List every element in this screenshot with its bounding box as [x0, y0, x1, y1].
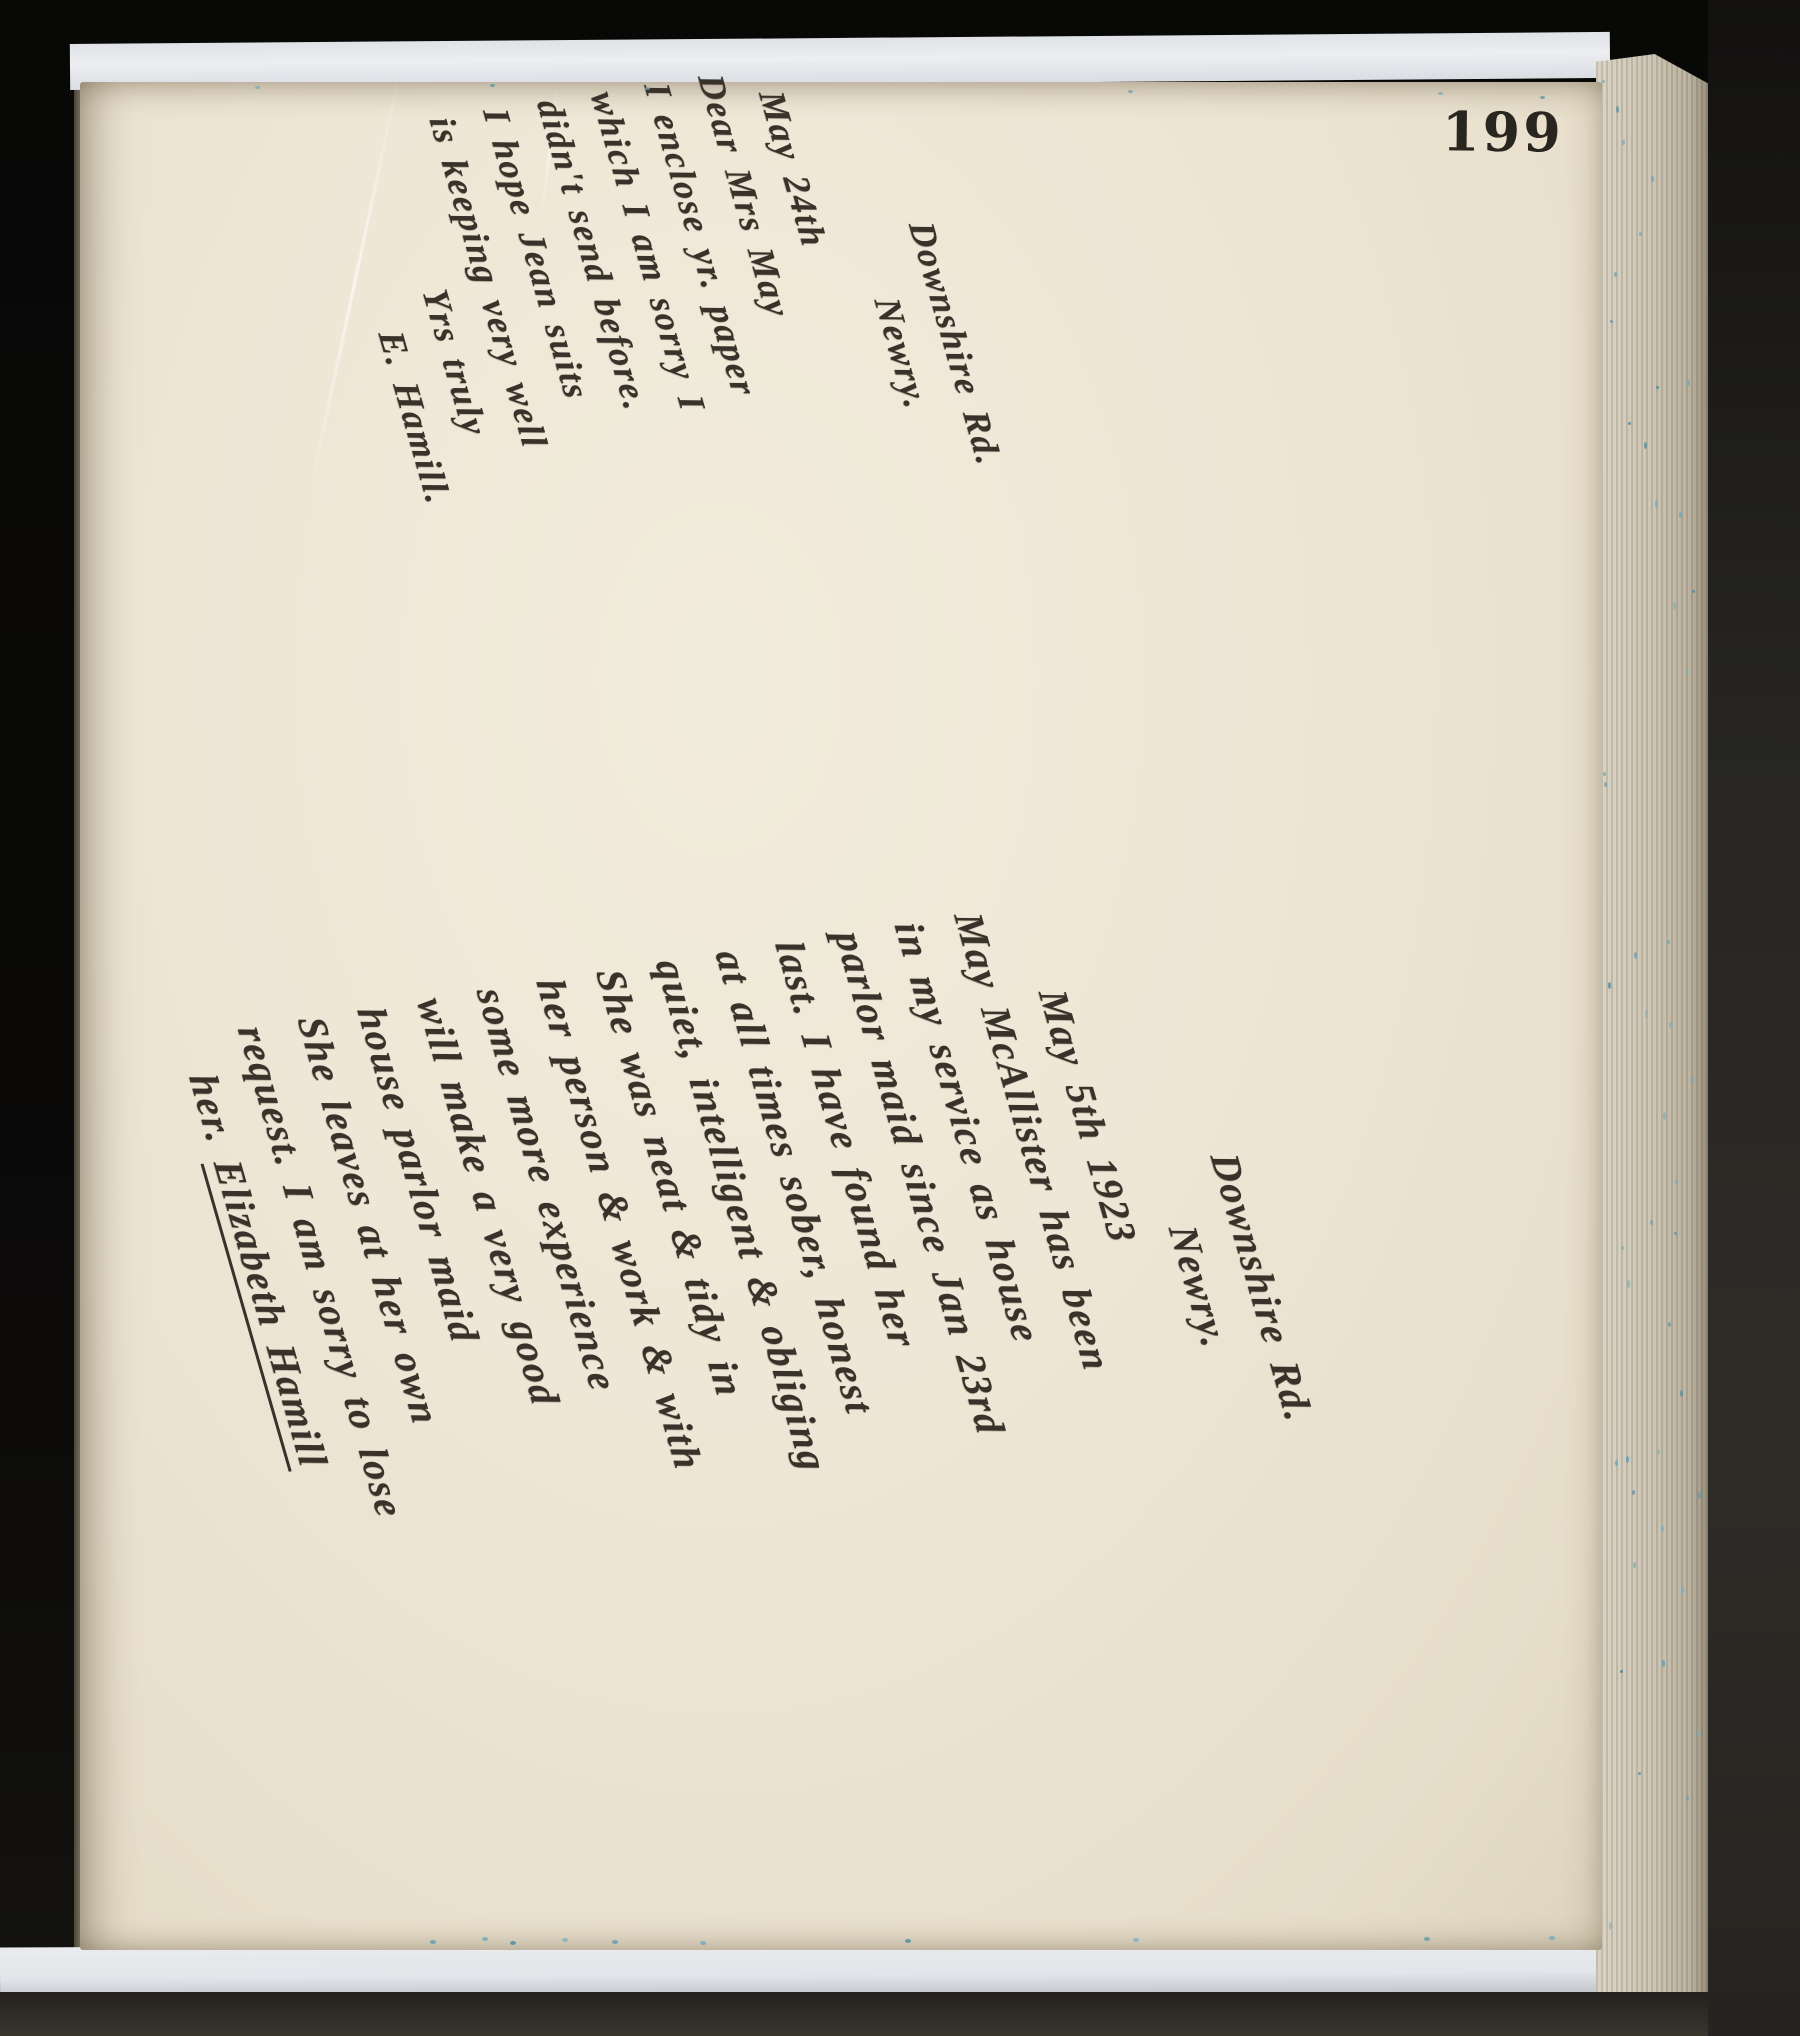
blue-edge-speck	[255, 86, 260, 89]
blue-edge-speck	[1626, 1456, 1629, 1463]
blue-edge-speck	[612, 1940, 618, 1944]
blue-edge-speck	[1628, 422, 1631, 425]
page-number: 199	[1442, 99, 1583, 164]
blue-edge-speck	[1644, 442, 1647, 449]
book-photograph: 199 Downshire Rd. Newry. May 24th Dear M…	[0, 0, 1800, 2036]
blue-edge-speck	[1639, 232, 1642, 236]
blue-edge-speck	[1679, 512, 1682, 518]
blue-edge-speck	[562, 1938, 568, 1942]
blue-edge-speck	[1633, 1562, 1636, 1568]
blue-edge-speck	[1128, 90, 1133, 93]
blue-edge-speck	[1662, 1660, 1665, 1667]
blue-edge-speck	[1133, 1938, 1139, 1942]
blue-edge-speck	[1675, 1180, 1678, 1184]
blue-edge-speck	[1667, 940, 1670, 944]
blue-edge-speck	[645, 87, 650, 90]
blue-edge-speck	[1638, 1772, 1641, 1775]
blue-edge-speck	[1602, 80, 1605, 83]
blue-edge-speck	[1634, 952, 1637, 959]
blue-edge-speck	[1686, 1796, 1689, 1801]
blue-edge-speck	[1604, 782, 1607, 787]
blue-edge-speck	[1632, 1490, 1635, 1495]
blue-edge-speck	[1603, 772, 1606, 776]
blue-edge-speck	[1669, 1022, 1672, 1028]
blue-edge-speck	[1614, 272, 1617, 277]
blue-edge-speck	[1615, 1460, 1618, 1466]
blue-edge-speck	[1621, 1246, 1624, 1250]
blue-edge-speck	[1692, 590, 1695, 593]
blue-edge-speck	[1622, 140, 1625, 145]
blue-edge-speck	[1549, 1936, 1555, 1940]
blue-edge-speck	[1620, 1670, 1623, 1673]
blue-edge-speck	[1608, 982, 1611, 989]
blue-edge-speck	[1610, 320, 1613, 323]
blue-edge-speck	[905, 1939, 911, 1943]
blue-edge-speck	[1663, 1112, 1666, 1120]
fore-edge-speckled	[1596, 54, 1718, 1992]
blue-edge-speck	[430, 1940, 436, 1944]
blue-edge-speck	[1668, 1322, 1671, 1327]
blue-edge-speck	[1656, 386, 1659, 389]
blue-edge-speck	[1651, 176, 1654, 182]
blue-edge-speck	[1655, 500, 1658, 508]
blue-edge-speck	[1609, 1922, 1612, 1930]
blue-edge-speck	[1697, 1730, 1700, 1736]
blue-edge-speck	[1657, 1450, 1660, 1454]
blue-edge-speck	[1424, 1937, 1430, 1941]
blue-edge-speck	[1616, 106, 1619, 113]
blue-edge-speck	[1627, 1280, 1630, 1288]
blue-edge-speck	[1698, 1492, 1701, 1499]
blue-edge-speck	[700, 1941, 706, 1945]
blue-edge-speck	[1687, 380, 1690, 386]
blue-edge-speck	[1685, 670, 1688, 674]
background-bottom	[0, 1992, 1800, 2036]
blue-edge-speck	[1540, 96, 1545, 99]
blue-edge-speck	[510, 1941, 516, 1945]
blue-edge-speck	[1691, 1076, 1694, 1084]
blue-edge-speck	[1673, 602, 1676, 610]
blue-edge-speck	[1661, 1526, 1664, 1532]
blue-edge-speck	[1674, 1232, 1677, 1235]
blue-edge-speck	[1438, 92, 1443, 95]
facing-page-edge	[0, 52, 78, 1996]
blue-edge-speck	[1680, 1390, 1683, 1397]
blue-edge-speck	[482, 1937, 488, 1941]
book-cover-right	[1708, 0, 1800, 2036]
blue-edge-speck	[1650, 1220, 1653, 1225]
blue-edge-speck	[1645, 1010, 1648, 1018]
blue-edge-speck	[1681, 1586, 1684, 1594]
blue-edge-speck	[490, 84, 495, 87]
